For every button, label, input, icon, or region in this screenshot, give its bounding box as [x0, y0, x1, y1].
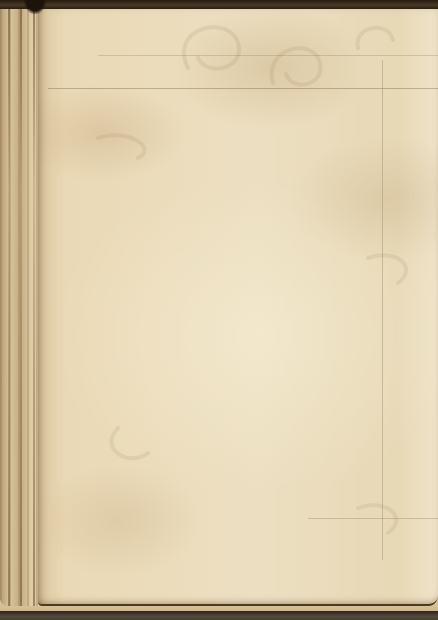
binding-notch: [24, 0, 46, 14]
ruled-line: [308, 518, 438, 519]
book-bottom-edge: [0, 611, 438, 620]
gutter-crease: [20, 8, 22, 606]
manuscript-page: [38, 8, 438, 606]
ruled-line: [98, 55, 438, 56]
showthrough-flourish-icon: [38, 8, 438, 604]
book-top-edge: [0, 0, 438, 9]
gutter-crease: [33, 8, 35, 606]
margin-line: [382, 60, 383, 560]
ruled-line: [48, 88, 438, 89]
manuscript-scan: AnnoMDCCLXXVI. 293 credere più meritevol…: [0, 0, 438, 620]
gutter-crease: [8, 8, 10, 606]
